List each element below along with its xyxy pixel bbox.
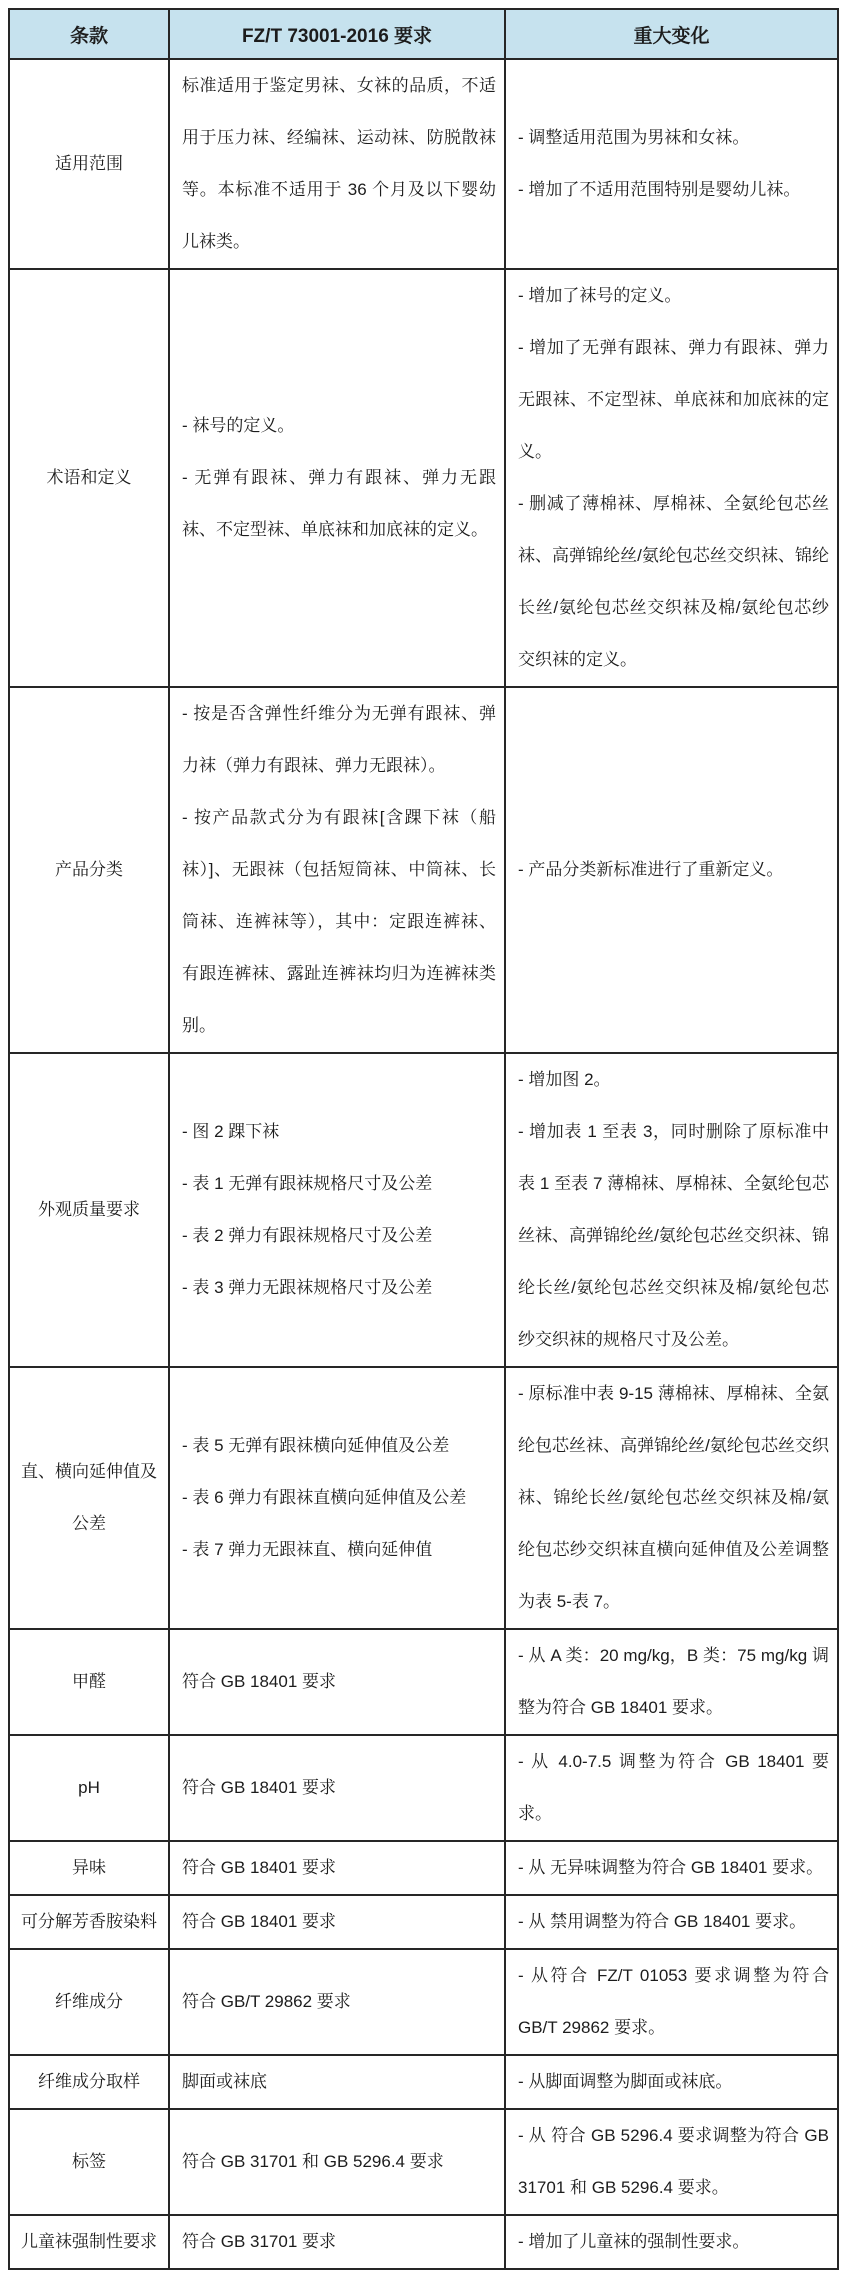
paragraph: - 图 2 踝下袜 [182, 1106, 496, 1158]
changes-cell: - 从符合 FZ/T 01053 要求调整为符合 GB/T 29862 要求。 [505, 1949, 838, 2055]
requirement-cell: 符合 GB 18401 要求 [169, 1895, 505, 1949]
header-cell-clause: 条款 [9, 9, 169, 59]
clause-cell: pH [9, 1735, 169, 1841]
changes-cell: - 调整适用范围为男袜和女袜。- 增加了不适用范围特别是婴幼儿袜。 [505, 59, 838, 269]
paragraph: - 增加了袜号的定义。 [518, 270, 829, 322]
paragraph: - 表 7 弹力无跟袜直、横向延伸值 [182, 1524, 496, 1576]
paragraph: - 袜号的定义。 [182, 400, 496, 452]
paragraph: 符合 GB 18401 要求 [182, 1896, 496, 1948]
paragraph: - 表 6 弹力有跟袜直横向延伸值及公差 [182, 1472, 496, 1524]
paragraph: 符合 GB 18401 要求 [182, 1842, 496, 1894]
standard-comparison-table: 条款 FZ/T 73001-2016 要求 重大变化 适用范围标准适用于鉴定男袜… [8, 8, 839, 2270]
changes-cell: - 产品分类新标准进行了重新定义。 [505, 687, 838, 1053]
requirement-cell: 符合 GB 18401 要求 [169, 1841, 505, 1895]
paragraph: 符合 GB/T 29862 要求 [182, 1976, 496, 2028]
requirement-cell: 标准适用于鉴定男袜、女袜的品质，不适用于压力袜、经编袜、运动袜、防脱散袜等。本标… [169, 59, 505, 269]
table-row: 儿童袜强制性要求符合 GB 31701 要求- 增加了儿童袜的强制性要求。 [9, 2215, 838, 2269]
paragraph: - 增加了儿童袜的强制性要求。 [518, 2216, 829, 2268]
header-row: 条款 FZ/T 73001-2016 要求 重大变化 [9, 9, 838, 59]
paragraph: - 从符合 FZ/T 01053 要求调整为符合 GB/T 29862 要求。 [518, 1950, 829, 2054]
paragraph: - 增加表 1 至表 3，同时删除了原标准中表 1 至表 7 薄棉袜、厚棉袜、全… [518, 1106, 829, 1366]
requirement-cell: - 图 2 踝下袜- 表 1 无弹有跟袜规格尺寸及公差- 表 2 弹力有跟袜规格… [169, 1053, 505, 1367]
table-row: 甲醛符合 GB 18401 要求- 从 A 类：20 mg/kg，B 类：75 … [9, 1629, 838, 1735]
paragraph: - 按产品款式分为有跟袜[含踝下袜（船袜）]、无跟袜（包括短筒袜、中筒袜、长筒袜… [182, 792, 496, 1052]
paragraph: - 从 符合 GB 5296.4 要求调整为符合 GB 31701 和 GB 5… [518, 2110, 829, 2214]
clause-cell: 甲醛 [9, 1629, 169, 1735]
paragraph: - 增加了不适用范围特别是婴幼儿袜。 [518, 164, 829, 216]
paragraph: - 无弹有跟袜、弹力有跟袜、弹力无跟袜、不定型袜、单底袜和加底袜的定义。 [182, 452, 496, 556]
paragraph: 脚面或袜底 [182, 2056, 496, 2108]
clause-cell: 标签 [9, 2109, 169, 2215]
paragraph: - 原标准中表 9-15 薄棉袜、厚棉袜、全氨纶包芯丝袜、高弹锦纶丝/氨纶包芯丝… [518, 1368, 829, 1628]
paragraph: - 产品分类新标准进行了重新定义。 [518, 844, 829, 896]
paragraph: 符合 GB 31701 和 GB 5296.4 要求 [182, 2136, 496, 2188]
clause-cell: 产品分类 [9, 687, 169, 1053]
paragraph: 符合 GB 18401 要求 [182, 1762, 496, 1814]
changes-cell: - 从 符合 GB 5296.4 要求调整为符合 GB 31701 和 GB 5… [505, 2109, 838, 2215]
changes-cell: - 增加了袜号的定义。- 增加了无弹有跟袜、弹力有跟袜、弹力无跟袜、不定型袜、单… [505, 269, 838, 687]
clause-cell: 儿童袜强制性要求 [9, 2215, 169, 2269]
header-cell-requirement: FZ/T 73001-2016 要求 [169, 9, 505, 59]
clause-cell: 外观质量要求 [9, 1053, 169, 1367]
table-row: 直、横向延伸值及公差- 表 5 无弹有跟袜横向延伸值及公差- 表 6 弹力有跟袜… [9, 1367, 838, 1629]
paragraph: - 删减了薄棉袜、厚棉袜、全氨纶包芯丝袜、高弹锦纶丝/氨纶包芯丝交织袜、锦纶长丝… [518, 478, 829, 686]
clause-cell: 纤维成分 [9, 1949, 169, 2055]
paragraph: 符合 GB 18401 要求 [182, 1656, 496, 1708]
changes-cell: - 增加图 2。- 增加表 1 至表 3，同时删除了原标准中表 1 至表 7 薄… [505, 1053, 838, 1367]
paragraph: - 从 4.0-7.5 调整为符合 GB 18401 要求。 [518, 1736, 829, 1840]
paragraph: - 增加图 2。 [518, 1054, 829, 1106]
paragraph: - 从 A 类：20 mg/kg，B 类：75 mg/kg 调整为符合 GB 1… [518, 1630, 829, 1734]
changes-cell: - 从 4.0-7.5 调整为符合 GB 18401 要求。 [505, 1735, 838, 1841]
table-row: 术语和定义- 袜号的定义。- 无弹有跟袜、弹力有跟袜、弹力无跟袜、不定型袜、单底… [9, 269, 838, 687]
paragraph: - 按是否含弹性纤维分为无弹有跟袜、弹力袜（弹力有跟袜、弹力无跟袜）。 [182, 688, 496, 792]
requirement-cell: - 按是否含弹性纤维分为无弹有跟袜、弹力袜（弹力有跟袜、弹力无跟袜）。- 按产品… [169, 687, 505, 1053]
changes-cell: - 从 禁用调整为符合 GB 18401 要求。 [505, 1895, 838, 1949]
clause-cell: 适用范围 [9, 59, 169, 269]
table-row: 纤维成分符合 GB/T 29862 要求- 从符合 FZ/T 01053 要求调… [9, 1949, 838, 2055]
paragraph: - 从脚面调整为脚面或袜底。 [518, 2056, 829, 2108]
paragraph: - 表 2 弹力有跟袜规格尺寸及公差 [182, 1210, 496, 1262]
clause-cell: 纤维成分取样 [9, 2055, 169, 2109]
clause-cell: 异味 [9, 1841, 169, 1895]
paragraph: - 表 3 弹力无跟袜规格尺寸及公差 [182, 1262, 496, 1314]
clause-cell: 可分解芳香胺染料 [9, 1895, 169, 1949]
requirement-cell: 脚面或袜底 [169, 2055, 505, 2109]
header-cell-changes: 重大变化 [505, 9, 838, 59]
table-row: 可分解芳香胺染料符合 GB 18401 要求- 从 禁用调整为符合 GB 184… [9, 1895, 838, 1949]
paragraph: - 表 5 无弹有跟袜横向延伸值及公差 [182, 1420, 496, 1472]
requirement-cell: - 袜号的定义。- 无弹有跟袜、弹力有跟袜、弹力无跟袜、不定型袜、单底袜和加底袜… [169, 269, 505, 687]
paragraph: 符合 GB 31701 要求 [182, 2216, 496, 2268]
table-row: 适用范围标准适用于鉴定男袜、女袜的品质，不适用于压力袜、经编袜、运动袜、防脱散袜… [9, 59, 838, 269]
changes-cell: - 增加了儿童袜的强制性要求。 [505, 2215, 838, 2269]
table-body: 适用范围标准适用于鉴定男袜、女袜的品质，不适用于压力袜、经编袜、运动袜、防脱散袜… [9, 59, 838, 2269]
paragraph: - 从 无异味调整为符合 GB 18401 要求。 [518, 1842, 829, 1894]
changes-cell: - 从 A 类：20 mg/kg，B 类：75 mg/kg 调整为符合 GB 1… [505, 1629, 838, 1735]
requirement-cell: 符合 GB 18401 要求 [169, 1735, 505, 1841]
changes-cell: - 原标准中表 9-15 薄棉袜、厚棉袜、全氨纶包芯丝袜、高弹锦纶丝/氨纶包芯丝… [505, 1367, 838, 1629]
table-row: 外观质量要求- 图 2 踝下袜- 表 1 无弹有跟袜规格尺寸及公差- 表 2 弹… [9, 1053, 838, 1367]
requirement-cell: 符合 GB 31701 和 GB 5296.4 要求 [169, 2109, 505, 2215]
table-row: 异味符合 GB 18401 要求- 从 无异味调整为符合 GB 18401 要求… [9, 1841, 838, 1895]
table-row: 标签符合 GB 31701 和 GB 5296.4 要求- 从 符合 GB 52… [9, 2109, 838, 2215]
document-page: 条款 FZ/T 73001-2016 要求 重大变化 适用范围标准适用于鉴定男袜… [0, 0, 845, 2290]
requirement-cell: 符合 GB 31701 要求 [169, 2215, 505, 2269]
paragraph: - 调整适用范围为男袜和女袜。 [518, 112, 829, 164]
changes-cell: - 从脚面调整为脚面或袜底。 [505, 2055, 838, 2109]
table-row: pH符合 GB 18401 要求- 从 4.0-7.5 调整为符合 GB 184… [9, 1735, 838, 1841]
changes-cell: - 从 无异味调整为符合 GB 18401 要求。 [505, 1841, 838, 1895]
table-row: 产品分类- 按是否含弹性纤维分为无弹有跟袜、弹力袜（弹力有跟袜、弹力无跟袜）。-… [9, 687, 838, 1053]
paragraph: - 表 1 无弹有跟袜规格尺寸及公差 [182, 1158, 496, 1210]
requirement-cell: 符合 GB/T 29862 要求 [169, 1949, 505, 2055]
table-row: 纤维成分取样脚面或袜底- 从脚面调整为脚面或袜底。 [9, 2055, 838, 2109]
paragraph: - 从 禁用调整为符合 GB 18401 要求。 [518, 1896, 829, 1948]
requirement-cell: - 表 5 无弹有跟袜横向延伸值及公差- 表 6 弹力有跟袜直横向延伸值及公差-… [169, 1367, 505, 1629]
paragraph: - 增加了无弹有跟袜、弹力有跟袜、弹力无跟袜、不定型袜、单底袜和加底袜的定义。 [518, 322, 829, 478]
clause-cell: 直、横向延伸值及公差 [9, 1367, 169, 1629]
paragraph: 标准适用于鉴定男袜、女袜的品质，不适用于压力袜、经编袜、运动袜、防脱散袜等。本标… [182, 60, 496, 268]
requirement-cell: 符合 GB 18401 要求 [169, 1629, 505, 1735]
clause-cell: 术语和定义 [9, 269, 169, 687]
